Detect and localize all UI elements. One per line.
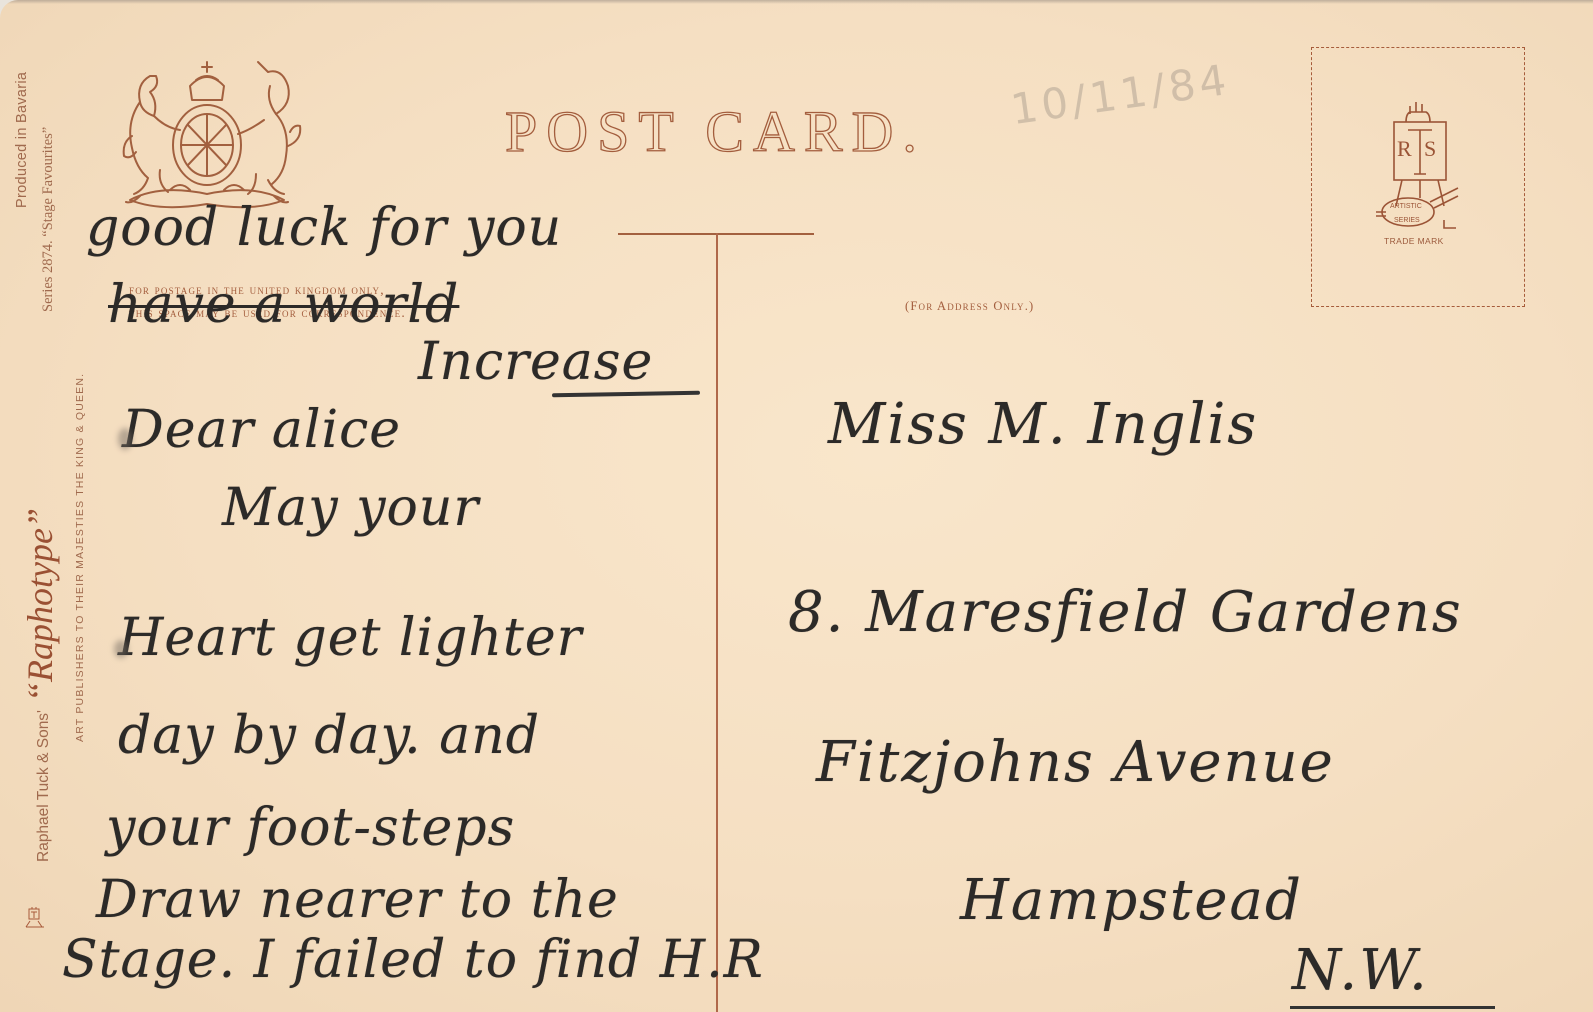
royal-warrant-text: ART PUBLISHERS TO THEIR MAJESTIES THE KI… [74,373,86,742]
message-line-7: day by day. and [118,706,540,766]
brand-name: “Raphotype” [20,508,60,702]
address-district: Hampstead [960,868,1303,933]
publisher-imprint: Raphael Tuck & Sons'“Raphotype” [19,500,61,862]
message-line-8: your foot-steps [106,798,515,858]
message-line-1: good luck for you [86,198,562,258]
produced-in-label: Produced in Bavaria [14,72,30,208]
logo-ribbon-bottom: SERIES [1394,217,1420,224]
series-number: Series 2874. [40,240,56,312]
address-street: 8. Maresfield Gardens [788,580,1463,645]
artistic-series-easel-logo-icon: R S ARTISTIC SERIES [1372,100,1468,240]
publisher-mark-icon [22,906,48,930]
card-edge-shadow [0,0,1593,4]
royal-coat-of-arms-icon [110,50,305,220]
message-line-6: Heart get lighter [118,608,582,668]
message-line-2-text: have a world [108,275,459,335]
logo-ribbon-top: ARTISTIC [1390,203,1422,210]
message-line-2: have a world [108,275,459,335]
message-line-9: Draw nearer to the [96,870,619,930]
trademark-label: TRADE MARK [1384,236,1444,246]
postcard-back: Produced in Bavaria Raphael Tuck & Sons'… [0,0,1593,1012]
message-line-3: Increase [418,332,653,392]
message-greeting: Dear alice [122,400,401,460]
postal-district-underline [1290,1006,1495,1009]
address-avenue: Fitzjohns Avenue [816,730,1335,795]
address-recipient: Miss M. Inglis [828,392,1258,457]
logo-letter-s: S [1424,136,1436,161]
series-imprint: Series 2874. “Stage Favourites” [40,127,57,312]
publisher-name: Raphael Tuck & Sons' [35,710,52,862]
message-line-10: Stage. I failed to find H.R [62,930,764,990]
postcard-title: POST CARD. [505,98,926,165]
address-postal-district: N.W. [1292,938,1429,1003]
logo-letter-r: R [1397,136,1412,161]
message-line-5: May your [222,478,479,538]
ink-smudge [114,640,128,658]
series-name: “Stage Favourites” [40,127,56,237]
vertical-divider [716,233,718,1012]
address-only-label: (For Address Only.) [905,299,1034,314]
pencil-date-note: 10/11/84 [1008,55,1233,134]
ink-smudge [118,428,132,450]
